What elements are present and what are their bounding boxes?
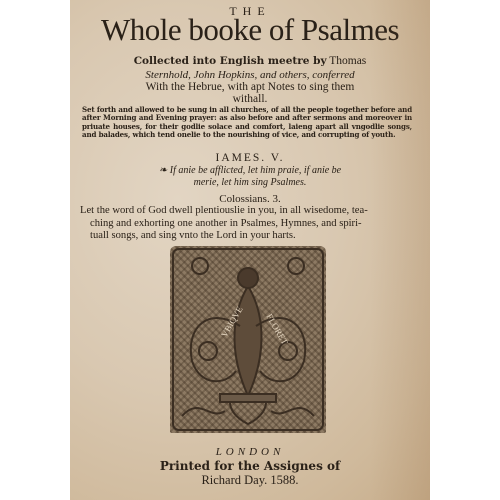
hebrue-line-1: With the Hebrue, with apt Notes to sing … bbox=[70, 81, 430, 93]
colossians-line-1: Let the word of God dwell plentiouslie i… bbox=[80, 205, 416, 218]
james-reference: IAMES. V. bbox=[70, 152, 430, 164]
imprint-printer-year: Richard Day. 1588. bbox=[70, 473, 430, 488]
james-verse: ❧ If anie be afflicted, let him praie, i… bbox=[70, 165, 430, 189]
james-verse-line-2: merie, let him sing Psalmes. bbox=[70, 177, 430, 189]
colossians-reference: Colossians. 3. bbox=[70, 193, 430, 205]
hebrue-line-2: withall. bbox=[70, 93, 430, 105]
colossians-verse: Let the word of God dwell plentiouslie i… bbox=[80, 205, 416, 243]
imprint-printed: Printed for the Assignes of bbox=[70, 459, 430, 473]
hebrue-lines: With the Hebrue, with apt Notes to sing … bbox=[70, 81, 430, 105]
colossians-line-3: tuall songs, and sing vnto the Lord in y… bbox=[80, 230, 416, 243]
fleur-de-lis-icon: VBIQVE FLORET bbox=[170, 246, 326, 433]
collected-blackletter: Collected into English meetre by bbox=[134, 55, 327, 67]
title-page: THE Whole booke of Psalmes Collected int… bbox=[70, 0, 430, 500]
imprint-city: LONDON bbox=[70, 446, 430, 458]
collected-line: Collected into English meetre by Thomas bbox=[70, 55, 430, 67]
colossians-line-2: ching and exhorting one another in Psalm… bbox=[80, 218, 416, 231]
james-verse-line-1: ❧ If anie be afflicted, let him praie, i… bbox=[70, 165, 430, 177]
fleuron-icon: ❧ bbox=[159, 165, 170, 176]
collected-roman: Thomas bbox=[329, 55, 366, 67]
printers-device-woodcut: VBIQVE FLORET bbox=[170, 246, 326, 433]
book-title: Whole booke of Psalmes bbox=[70, 14, 430, 45]
authors-line: Sternhold, John Hopkins, and others, con… bbox=[70, 69, 430, 81]
set-forth-paragraph: Set forth and allowed to be sung in all … bbox=[82, 106, 412, 140]
